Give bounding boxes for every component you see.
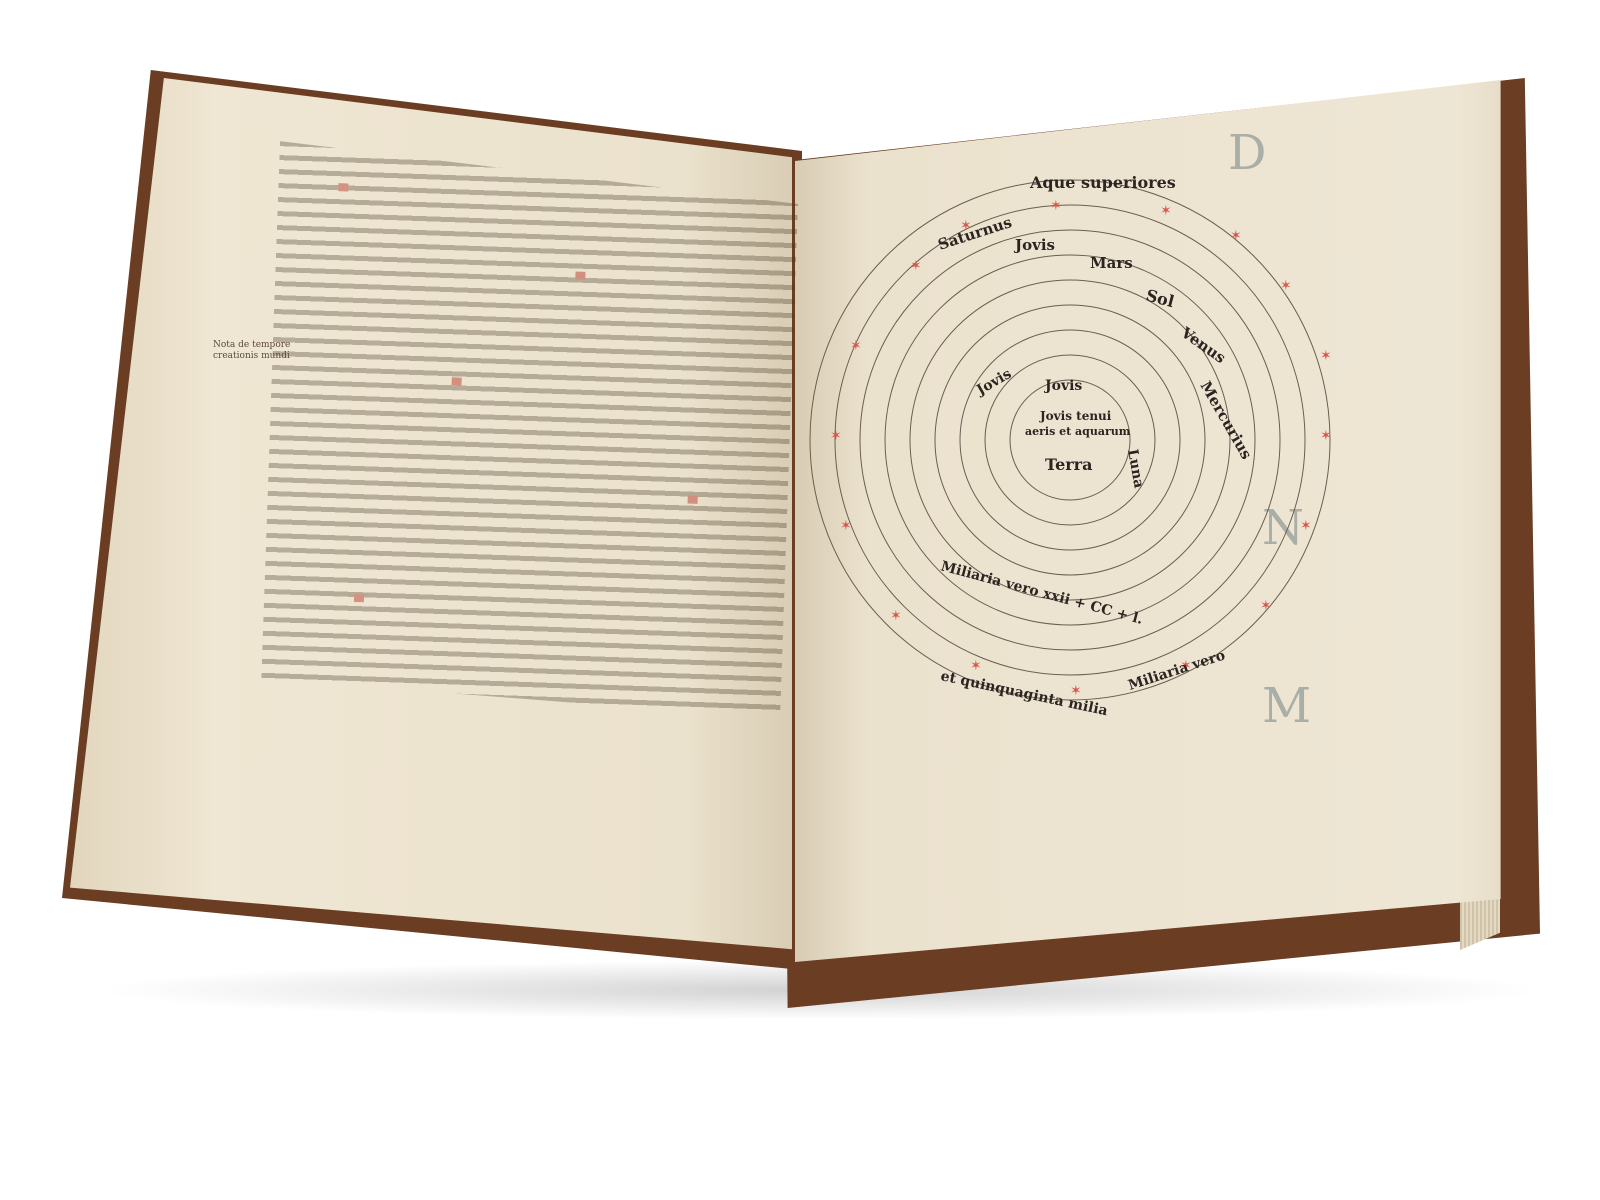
outer-label: Aque superiores: [1029, 173, 1176, 192]
planet-label: Mars: [1090, 254, 1133, 272]
inner-label: Jovis: [1043, 378, 1082, 394]
inner-label: aeris et aquarum: [1025, 425, 1131, 438]
rubric-mark: [354, 594, 364, 602]
diagram-labels: Aque superiores Saturnus Jovis Mars Sol …: [800, 150, 1360, 730]
rubric-mark: [452, 377, 462, 385]
inner-label: Jovis: [972, 366, 1014, 400]
marginal-note: Nota de tempore creationis mundi: [213, 340, 293, 362]
rubric-mark: [575, 271, 585, 279]
ring-text: et quinquaginta milia: [939, 668, 1109, 719]
planet-label: Jovis: [1013, 236, 1055, 254]
planet-label: Venus: [1177, 323, 1229, 367]
inner-label: Jovis tenui: [1039, 409, 1112, 423]
manuscript-text-block: [260, 141, 799, 719]
planet-label: Saturnus: [936, 213, 1014, 254]
rubric-mark: [688, 496, 698, 504]
manuscript-scene: Nota de tempore creationis mundi D N M ✶…: [0, 0, 1600, 1200]
ring-text: Miliaria vero: [1126, 647, 1227, 693]
planet-label: Sol: [1144, 286, 1176, 312]
center-label: Terra: [1045, 455, 1092, 474]
ring-text: Miliaria vero xxii + CC + l.: [939, 558, 1145, 627]
rubric-mark: [338, 183, 348, 191]
planet-label: Luna: [1124, 448, 1147, 489]
planet-label: Mercurius: [1197, 378, 1256, 462]
